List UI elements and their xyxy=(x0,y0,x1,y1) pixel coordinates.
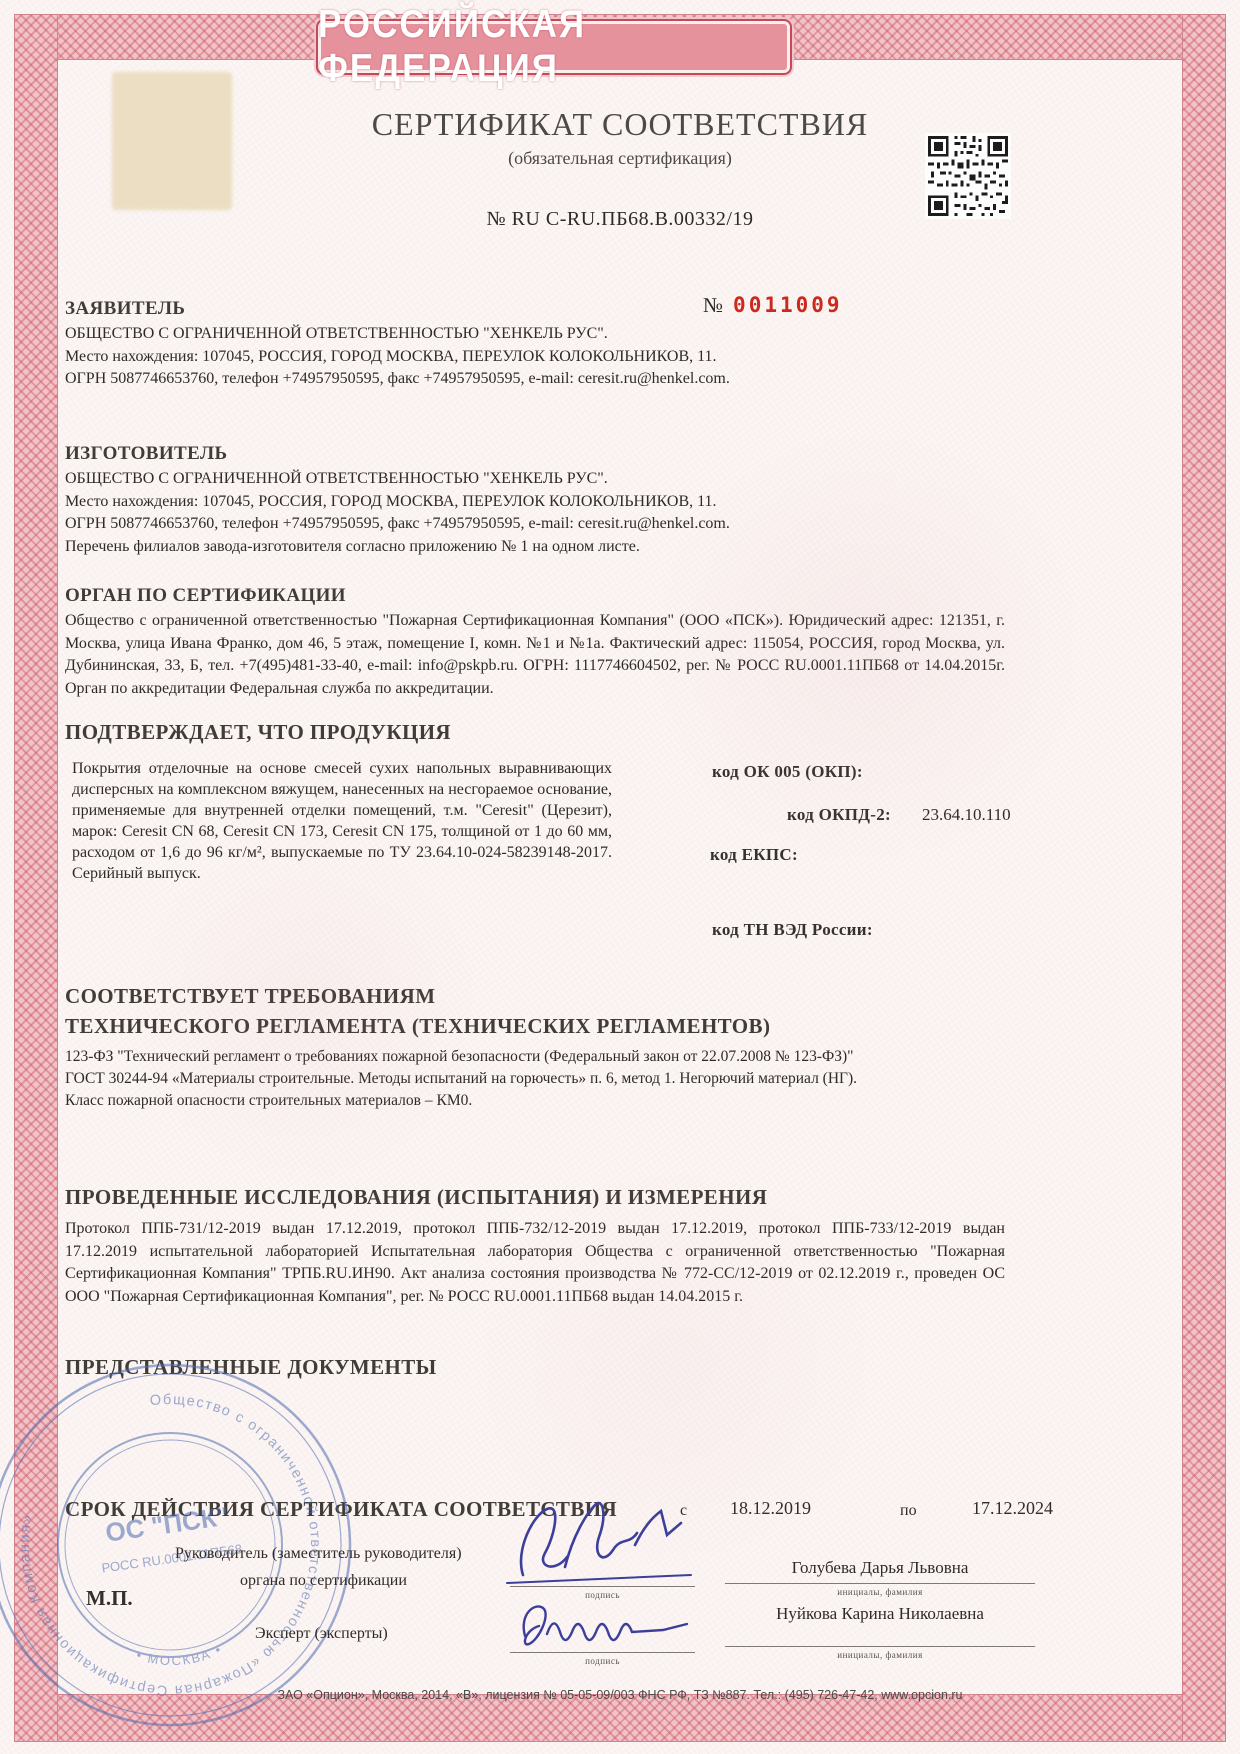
code-okpd2-label: код ОКПД-2: xyxy=(787,805,891,825)
head-name-line xyxy=(725,1583,1035,1584)
manufacturer-address: Место нахождения: 107045, РОССИЯ, ГОРОД … xyxy=(65,493,717,511)
head-signature-line xyxy=(510,1586,695,1587)
stamp-place-caption: М.П. xyxy=(86,1586,133,1611)
blank-serial-value: 0011009 xyxy=(733,293,843,317)
applicant-name: ОБЩЕСТВО С ОГРАНИЧЕННОЙ ОТВЕТСТВЕННОСТЬЮ… xyxy=(65,325,608,343)
expert-name-caption: инициалы, фамилия xyxy=(725,1650,1035,1660)
head-role-line2: органа по сертификации xyxy=(240,1572,407,1590)
code-okp-label: код ОК 005 (ОКП): xyxy=(712,762,863,782)
code-tnved-label: код ТН ВЭД России: xyxy=(712,920,873,940)
validity-to-date: 17.12.2024 xyxy=(972,1498,1053,1519)
manufacturer-branches: Перечень филиалов завода-изготовителя со… xyxy=(65,538,640,556)
code-ekps-label: код ЕКПС: xyxy=(710,845,798,865)
expert-signature-line xyxy=(510,1652,695,1653)
manufacturer-name: ОБЩЕСТВО С ОГРАНИЧЕННОЙ ОТВЕТСТВЕННОСТЬЮ… xyxy=(65,470,608,488)
manufacturer-details: ОГРН 5087746653760, телефон +74957950595… xyxy=(65,515,730,533)
expert-role: Эксперт (эксперты) xyxy=(255,1625,388,1643)
country-banner: РОССИЙСКАЯ ФЕДЕРАЦИЯ xyxy=(316,19,792,75)
svg-text:• МОСКВА •: • МОСКВА • xyxy=(133,1635,226,1674)
compliance-line-2: ГОСТ 30244-94 «Материалы строительные. М… xyxy=(65,1068,1025,1091)
head-role-line1: Руководитель (заместитель руководителя) xyxy=(175,1545,462,1563)
country-banner-label: РОССИЙСКАЯ ФЕДЕРАЦИЯ xyxy=(318,3,790,91)
expert-name-line xyxy=(725,1646,1035,1647)
tests-heading: ПРОВЕДЕННЫЕ ИССЛЕДОВАНИЯ (ИСПЫТАНИЯ) И И… xyxy=(65,1185,767,1210)
code-okpd2-value: 23.64.10.110 xyxy=(922,805,1011,825)
stamp-city-text: • МОСКВА • xyxy=(133,1635,226,1674)
cert-body-text: Общество с ограниченной ответственностью… xyxy=(65,610,1005,700)
compliance-heading-2: ТЕХНИЧЕСКОГО РЕГЛАМЕНТА (ТЕХНИЧЕСКИХ РЕГ… xyxy=(65,1014,770,1039)
applicant-heading: ЗАЯВИТЕЛЬ xyxy=(65,298,185,320)
compliance-line-1: 123-ФЗ "Технический регламент о требован… xyxy=(65,1046,1025,1069)
product-description: Покрытия отделочные на основе смесей сух… xyxy=(72,758,612,884)
printer-footer: ЗАО «Опцион», Москва, 2014, «В», лицензи… xyxy=(170,1688,1070,1702)
compliance-line-3: Класс пожарной опасности строительных ма… xyxy=(65,1090,1025,1113)
product-heading: ПОДТВЕРЖДАЕТ, ЧТО ПРОДУКЦИЯ xyxy=(65,720,451,745)
validity-from-label: с xyxy=(680,1500,687,1523)
validity-from-date: 18.12.2019 xyxy=(730,1498,811,1519)
head-signature-caption: подпись xyxy=(510,1590,695,1600)
compliance-heading-1: СООТВЕТСТВУЕТ ТРЕБОВАНИЯМ xyxy=(65,984,435,1009)
blank-serial-number: №0011009 xyxy=(703,293,843,318)
documents-heading: ПРЕДСТАВЛЕННЫЕ ДОКУМЕНТЫ xyxy=(65,1355,437,1380)
applicant-address: Место нахождения: 107045, РОССИЯ, ГОРОД … xyxy=(65,348,717,366)
expert-signature-caption: подпись xyxy=(510,1656,695,1666)
cert-body-heading: ОРГАН ПО СЕРТИФИКАЦИИ xyxy=(65,585,346,607)
border-ornament-right xyxy=(1182,14,1226,1742)
blank-serial-label: № xyxy=(703,293,723,317)
head-name: Голубева Дарья Львовна xyxy=(725,1558,1035,1578)
manufacturer-heading: ИЗГОТОВИТЕЛЬ xyxy=(65,443,227,465)
certificate-page: РОССИЙСКАЯ ФЕДЕРАЦИЯ СЕРТИФИКАТ СООТВЕТС… xyxy=(0,0,1240,1754)
applicant-details: ОГРН 5087746653760, телефон +74957950595… xyxy=(65,370,730,388)
certificate-number: № RU C-RU.ПБ68.В.00332/19 xyxy=(75,208,1165,231)
validity-heading: СРОК ДЕЙСТВИЯ СЕРТИФИКАТА СООТВЕТСТВИЯ xyxy=(65,1497,617,1522)
qr-code-icon xyxy=(925,133,1011,219)
border-ornament-left xyxy=(14,14,58,1742)
head-name-caption: инициалы, фамилия xyxy=(725,1587,1035,1597)
expert-name: Нуйкова Карина Николаевна xyxy=(725,1604,1035,1624)
tests-text: Протокол ППБ-731/12-2019 выдан 17.12.201… xyxy=(65,1218,1005,1308)
validity-to-label: по xyxy=(900,1500,917,1523)
